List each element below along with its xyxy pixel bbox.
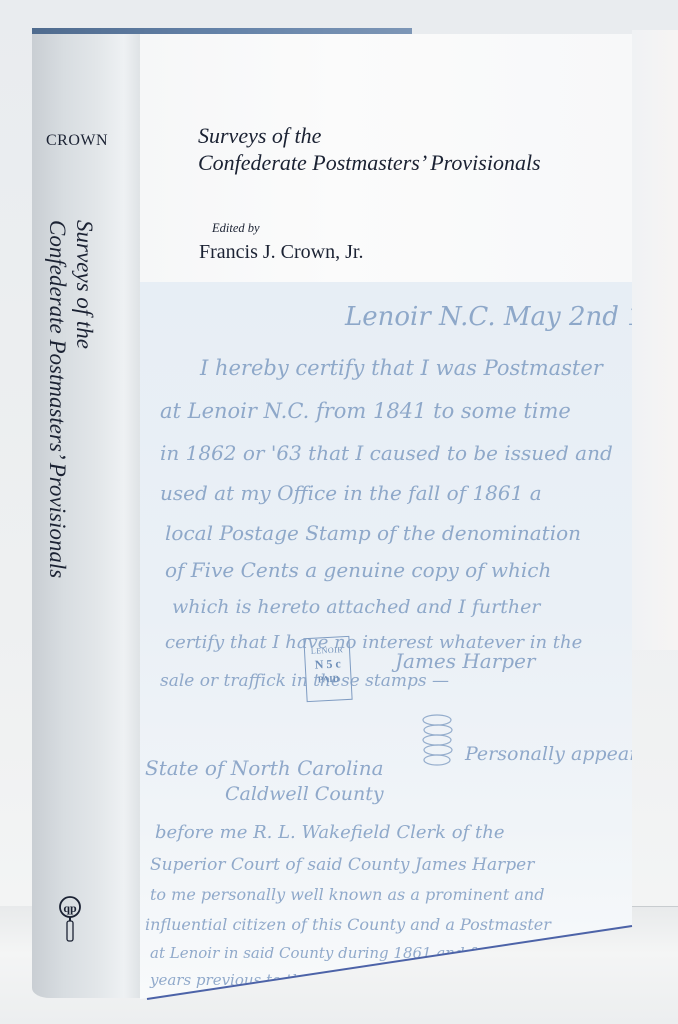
lenoir-stamp: LENOIR N 5 c PAID bbox=[303, 636, 352, 702]
manuscript-line: Caldwell County bbox=[225, 783, 384, 805]
cover-bottom-edge bbox=[147, 926, 632, 999]
book: CROWN Surveys of the Confederate Postmas… bbox=[0, 0, 678, 1024]
stamp-line-2: N 5 c bbox=[305, 656, 350, 673]
manuscript-line: at Lenoir N.C. from 1841 to some time bbox=[160, 399, 571, 423]
manuscript-line: of Five Cents a genuine copy of which bbox=[165, 558, 551, 582]
manuscript-line: Lenoir N.C. May 2nd 1878 bbox=[344, 302, 678, 332]
stamp-line-1: LENOIR bbox=[305, 645, 349, 656]
handwritten-letter: Lenoir N.C. May 2nd 1878 I hereby certif… bbox=[0, 0, 678, 1024]
manuscript-line: at Lenoir in said County during 1861 and… bbox=[150, 944, 538, 962]
manuscript-line: local Postage Stamp of the denomination bbox=[165, 521, 581, 545]
manuscript-line: State of North Carolina bbox=[145, 756, 384, 780]
manuscript-line: before me R. L. Wakefield Clerk of the bbox=[155, 822, 505, 843]
manuscript-line: which is hereto attached and I further bbox=[172, 596, 542, 618]
stamp-line-3: PAID bbox=[306, 673, 350, 685]
manuscript-line: in 1862 or '63 that I caused to be issue… bbox=[160, 441, 613, 465]
manuscript-line: Personally appeared bbox=[464, 743, 662, 765]
manuscript-signature: James Harper bbox=[391, 649, 537, 673]
notary-seal-flourish-icon bbox=[423, 715, 452, 765]
manuscript-line: to me personally well known as a promine… bbox=[150, 885, 544, 904]
manuscript-line: influential citizen of this County and a… bbox=[145, 915, 552, 934]
manuscript-line: Superior Court of said County James Harp… bbox=[150, 855, 535, 875]
manuscript-line: I hereby certify that I was Postmaster bbox=[199, 356, 605, 380]
manuscript-line: years previous to that time who being du… bbox=[149, 971, 527, 989]
manuscript-line: used at my Office in the fall of 1861 a bbox=[160, 481, 542, 505]
